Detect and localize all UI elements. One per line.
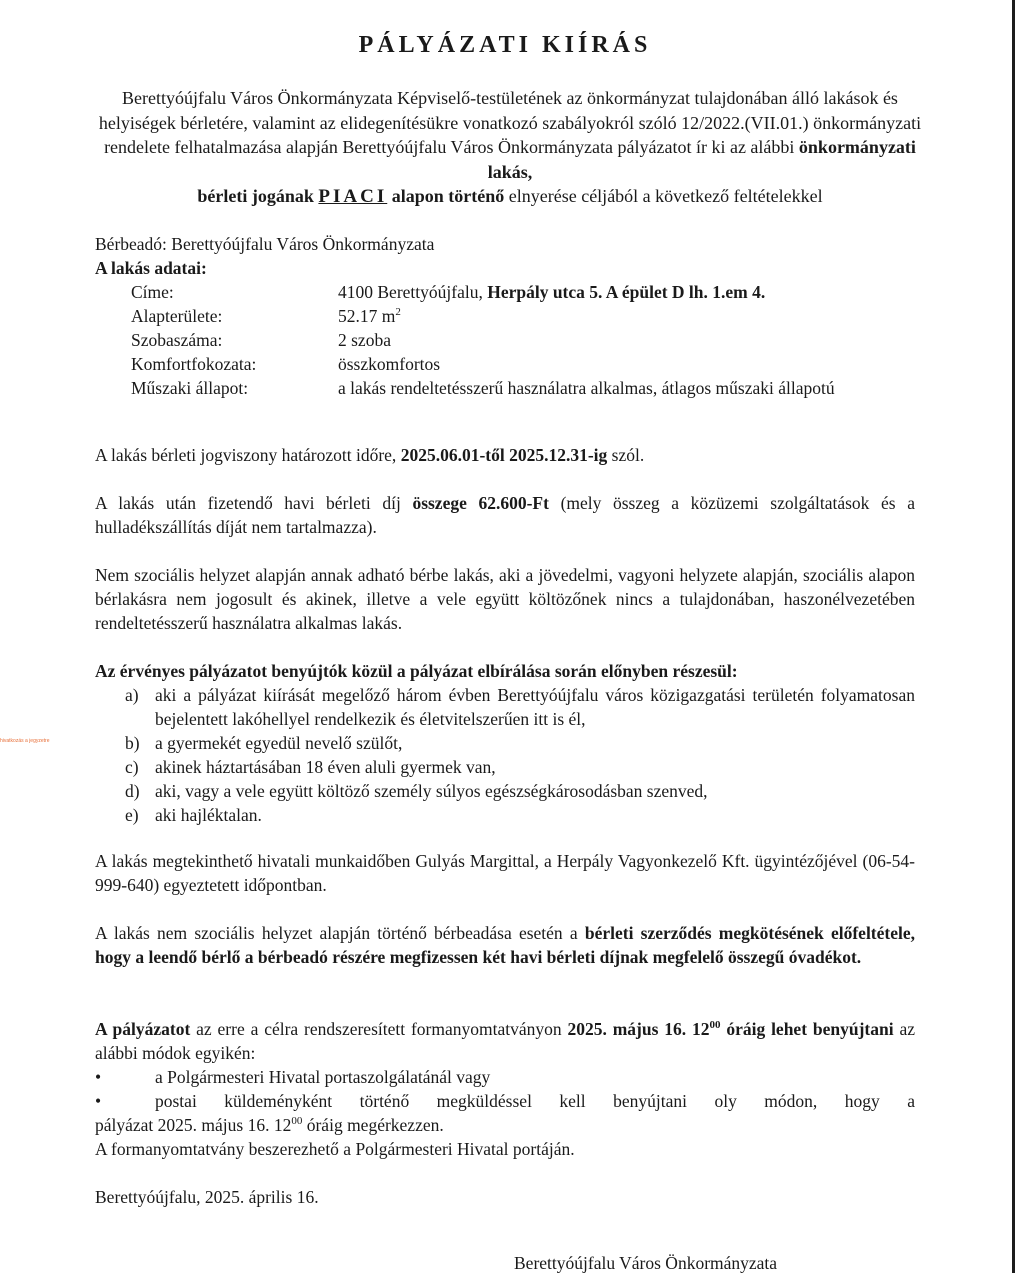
preference-item: d)aki, vagy a vele együtt költöző személ… [95,779,915,803]
item-text: akinek háztartásában 18 éven aluli gyerm… [155,755,915,779]
continuation-text: pályázat 2025. május 16. 12 [95,1115,291,1135]
non-social-paragraph: Nem szociális helyzet alapján annak adha… [95,563,915,635]
submission-bullet: •a Polgármesteri Hivatal portaszolgálatá… [95,1065,915,1089]
detail-value: 4100 Berettyóújfalu, Herpály utca 5. A é… [338,280,915,304]
detail-row-rooms: Szobaszáma: 2 szoba [95,328,915,352]
document-page: PÁLYÁZATI KIÍRÁS Berettyóújfalu Város Ön… [0,0,1017,1273]
area-value: 52.17 m [338,306,395,326]
preference-item: b)a gyermekét egyedül nevelő szülőt, [95,731,915,755]
detail-row-comfort: Komfortfokozata: összkomfortos [95,352,915,376]
detail-row-area: Alapterülete: 52.17 m2 [95,304,915,328]
lease-dates: 2025.06.01-től 2025.12.31-ig [401,445,608,465]
bullet-text: postai küldeményként történő megküldésse… [155,1089,915,1113]
preferences-heading: Az érvényes pályázatot benyújtók közül a… [95,659,915,683]
submission-text: az erre a célra rendszeresített formanyo… [190,1019,567,1039]
detail-label: Komfortfokozata: [95,352,338,376]
submission-bullet: •postai küldeményként történő megküldéss… [95,1089,915,1113]
preference-item: a)aki a pályázat kiírását megelőző három… [95,683,915,731]
deposit-paragraph: A lakás nem szociális helyzet alapján tö… [95,921,915,969]
submission-deadline: 2025. május 16. 12 [567,1019,709,1039]
page-border [1012,0,1015,1273]
deadline-sup: 00 [709,1019,720,1031]
landlord-line: Bérbeadó: Berettyóújfalu Város Önkormány… [95,232,915,256]
item-text: aki, vagy a vele együtt költöző személy … [155,779,915,803]
lease-period-paragraph: A lakás bérleti jogviszony határozott id… [95,443,915,467]
detail-row-address: Címe: 4100 Berettyóújfalu, Herpály utca … [95,280,915,304]
place-date: Berettyóújfalu, 2025. április 16. [95,1185,915,1209]
preference-item: e)aki hajléktalan. [95,803,915,827]
continuation-end: óráig megérkezzen. [302,1115,443,1135]
submission-bold-until: óráig lehet benyújtani [726,1019,893,1039]
signature: Berettyóújfalu Város Önkormányzata [514,1251,914,1273]
document-title: PÁLYÁZATI KIÍRÁS [0,32,1010,59]
preferences-section: Az érvényes pályázatot benyújtók közül a… [95,659,915,827]
continuation-sup: 00 [291,1115,302,1127]
detail-value: 2 szoba [338,328,915,352]
rent-text: A lakás után fizetendő havi bérleti díj [95,493,412,513]
intro-paragraph: Berettyóújfalu Város Önkormányzata Képvi… [90,86,930,210]
flat-heading: A lakás adatai: [95,256,915,280]
detail-value: a lakás rendeltetésszerű használatra alk… [338,376,915,400]
item-marker: b) [125,731,155,755]
rent-paragraph: A lakás után fizetendő havi bérleti díj … [95,491,915,539]
address-street: Herpály utca 5. A épület D lh. 1.em 4. [487,282,765,302]
intro-text: Berettyóújfalu Város Önkormányzata Képvi… [99,88,921,157]
submission-continuation: pályázat 2025. május 16. 1200 óráig megé… [95,1113,915,1137]
intro-piaci: PIACI [318,186,387,207]
submission-paragraph: A pályázatot az erre a célra rendszeresí… [95,1017,915,1065]
item-marker: d) [125,779,155,803]
submission-section: A pályázatot az erre a célra rendszeresí… [95,1017,915,1161]
bullet-icon: • [95,1089,155,1113]
detail-label: Alapterülete: [95,304,338,328]
detail-label: Szobaszáma: [95,328,338,352]
rent-amount: összege 62.600-Ft [412,493,549,513]
deposit-text: A lakás nem szociális helyzet alapján tö… [95,923,585,943]
bullet-icon: • [95,1065,155,1089]
detail-row-condition: Műszaki állapot: a lakás rendeltetésszer… [95,376,915,400]
bullet-text: a Polgármesteri Hivatal portaszolgálatán… [155,1065,490,1089]
preference-item: c)akinek háztartásában 18 éven aluli gye… [95,755,915,779]
item-marker: c) [125,755,155,779]
address-city: 4100 Berettyóújfalu, [338,282,487,302]
detail-value: összkomfortos [338,352,915,376]
item-marker: a) [125,683,155,731]
item-text: a gyermekét egyedül nevelő szülőt, [155,731,915,755]
area-unit-sup: 2 [395,306,401,318]
submission-bold: A pályázatot [95,1019,190,1039]
form-note: A formanyomtatvány beszerezhető a Polgár… [95,1137,915,1161]
intro-bold-basis: alapon történő [387,186,504,206]
viewing-paragraph: A lakás megtekinthető hivatali munkaidőb… [95,849,915,897]
flat-section: Bérbeadó: Berettyóújfalu Város Önkormány… [95,232,915,400]
detail-value: 52.17 m2 [338,304,915,328]
intro-bold-right: bérleti jogának [197,186,318,206]
lease-text-end: szól. [607,445,644,465]
detail-label: Műszaki állapot: [95,376,338,400]
item-text: aki hajléktalan. [155,803,915,827]
lease-text: A lakás bérleti jogviszony határozott id… [95,445,401,465]
item-text: aki a pályázat kiírását megelőző három é… [155,683,915,731]
item-marker: e) [125,803,155,827]
detail-label: Címe: [95,280,338,304]
intro-tail: elnyerése céljából a következő feltétele… [504,186,822,206]
margin-annotation: hivatkozás a jegyzetre [0,738,49,744]
